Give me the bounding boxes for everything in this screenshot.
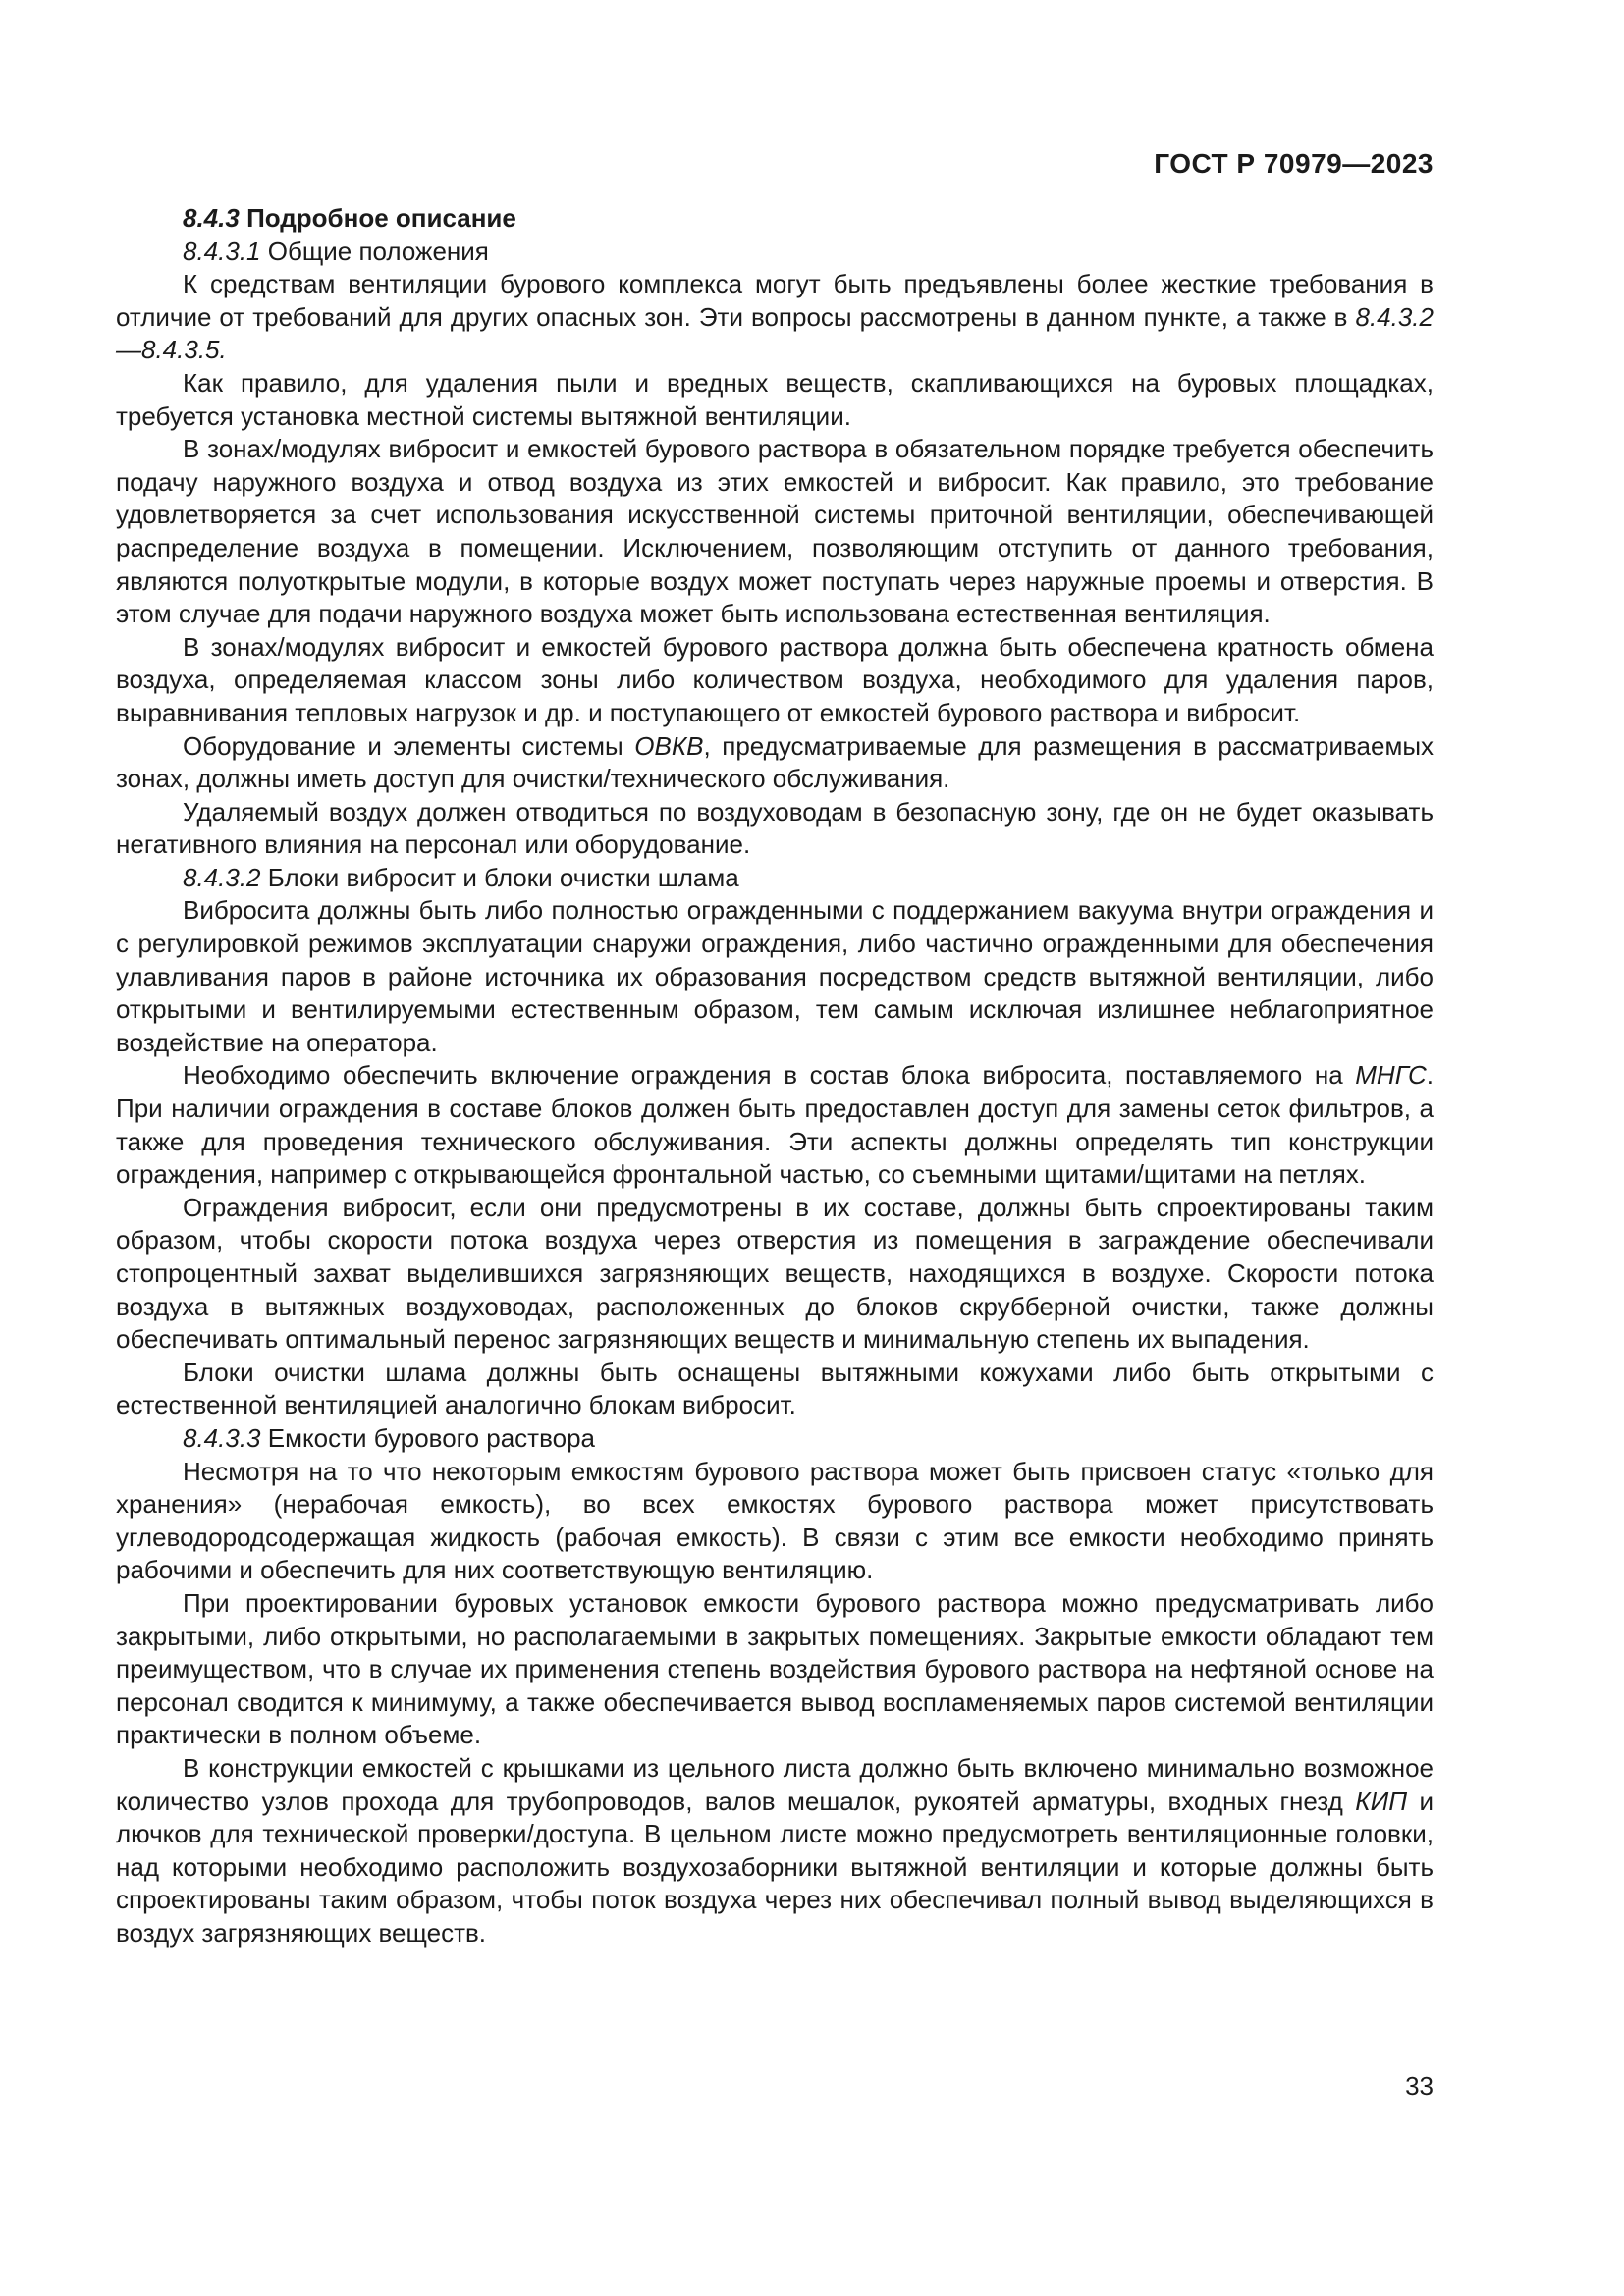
text-run: Подробное описание xyxy=(246,203,516,233)
paragraph-general-4: В зонах/модулях вибросит и емкостей буро… xyxy=(116,631,1434,730)
paragraph-tanks-2: При проектировании буровых установок емк… xyxy=(116,1587,1434,1752)
text-run: В зонах/модулях вибросит и емкостей буро… xyxy=(116,434,1434,628)
text-run: МНГС xyxy=(1355,1060,1427,1090)
document-content: 8.4.3 Подробное описание8.4.3.1 Общие по… xyxy=(116,202,1434,1949)
paragraph-general-2: Как правило, для удаления пыли и вредных… xyxy=(116,367,1434,433)
text-run: 8.4.3 xyxy=(183,203,246,233)
paragraph-general-1: К средствам вентиляции бурового комплекс… xyxy=(116,268,1434,367)
text-run: Ограждения вибросит, если они предусмотр… xyxy=(116,1193,1434,1354)
paragraph-general-6: Удаляемый воздух должен отводиться по во… xyxy=(116,796,1434,862)
text-run: Необходимо обеспечить включение огражден… xyxy=(183,1060,1355,1090)
text-run: Емкости бурового раствора xyxy=(268,1423,595,1453)
text-run: При проектировании буровых установок емк… xyxy=(116,1588,1434,1749)
running-header: ГОСТ Р 70979—2023 xyxy=(116,147,1434,181)
text-run: ОВКВ xyxy=(634,731,703,761)
document-page: ГОСТ Р 70979—2023 8.4.3 Подробное описан… xyxy=(0,0,1624,2296)
text-run: 8.4.3.3 xyxy=(183,1423,268,1453)
clause-heading-8-4-3: 8.4.3 Подробное описание xyxy=(116,202,1434,236)
text-run: Блоки очистки шлама должны быть оснащены… xyxy=(116,1358,1434,1420)
text-run: К средствам вентиляции бурового комплекс… xyxy=(116,269,1434,332)
text-run: Несмотря на то что некоторым емкостям бу… xyxy=(116,1457,1434,1585)
text-run: Как правило, для удаления пыли и вредных… xyxy=(116,368,1434,431)
paragraph-shakers-3: Ограждения вибросит, если они предусмотр… xyxy=(116,1192,1434,1357)
paragraph-general-5: Оборудование и элементы системы ОВКВ, пр… xyxy=(116,730,1434,796)
text-run: Оборудование и элементы системы xyxy=(183,731,634,761)
paragraph-general-3: В зонах/модулях вибросит и емкостей буро… xyxy=(116,433,1434,631)
paragraph-shakers-1: Вибросита должны быть либо полностью огр… xyxy=(116,894,1434,1059)
paragraph-tanks-1: Несмотря на то что некоторым емкостям бу… xyxy=(116,1456,1434,1587)
text-run: В конструкции емкостей с крышками из цел… xyxy=(116,1753,1434,1816)
text-run: Удаляемый воздух должен отводиться по во… xyxy=(116,797,1434,860)
subclause-heading-8-4-3-1: 8.4.3.1 Общие положения xyxy=(116,236,1434,269)
text-run: Общие положения xyxy=(268,237,489,266)
text-run: КИП xyxy=(1355,1787,1407,1816)
text-run: Блоки вибросит и блоки очистки шлама xyxy=(268,863,739,892)
paragraph-shakers-4: Блоки очистки шлама должны быть оснащены… xyxy=(116,1357,1434,1422)
paragraph-shakers-2: Необходимо обеспечить включение огражден… xyxy=(116,1059,1434,1191)
subclause-heading-8-4-3-2: 8.4.3.2 Блоки вибросит и блоки очистки ш… xyxy=(116,862,1434,895)
text-run: 8.4.3.1 xyxy=(183,237,268,266)
text-run: Вибросита должны быть либо полностью огр… xyxy=(116,895,1434,1056)
text-run: В зонах/модулях вибросит и емкостей буро… xyxy=(116,632,1434,727)
subclause-heading-8-4-3-3: 8.4.3.3 Емкости бурового раствора xyxy=(116,1422,1434,1456)
page-number: 33 xyxy=(116,2071,1434,2101)
paragraph-tanks-3: В конструкции емкостей с крышками из цел… xyxy=(116,1752,1434,1950)
text-run: 8.4.3.2 xyxy=(183,863,268,892)
